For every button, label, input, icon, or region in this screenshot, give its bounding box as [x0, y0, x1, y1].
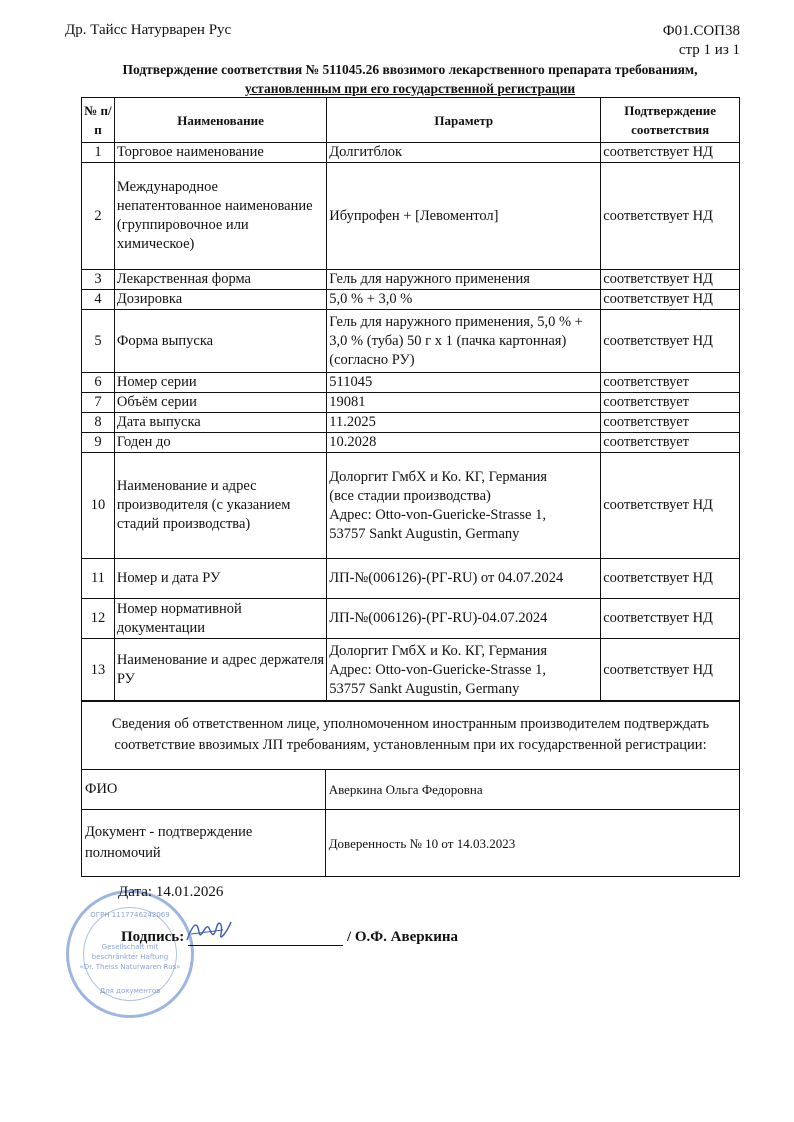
table-row: 6 Номер серии 511045 соответствует [82, 373, 740, 393]
row-name: Годен до [114, 433, 326, 453]
header-num: № п/п [82, 98, 115, 143]
signature-row: Подпись: / О.Ф. Аверкина [121, 929, 461, 946]
row-num: 12 [82, 599, 115, 639]
table-row: 8 Дата выпуска 11.2025 соответствует [82, 413, 740, 433]
responsible-info: Сведения об ответственном лице, уполномо… [82, 701, 740, 770]
row-name: Объём серии [114, 393, 326, 413]
row-num: 6 [82, 373, 115, 393]
header-confirm: Подтверждение соответствия [601, 98, 740, 143]
row-num: 7 [82, 393, 115, 413]
company-name: Др. Тайсс Натурварен Рус [65, 22, 231, 39]
row-confirm: соответствует НД [601, 310, 740, 373]
row-param: 511045 [327, 373, 601, 393]
row-name: Форма выпуска [114, 310, 326, 373]
row-name: Наименование и адрес производителя (с ук… [114, 453, 326, 559]
form-code-block: Ф01.СОП38 стр 1 из 1 [663, 22, 740, 60]
page-number: стр 1 из 1 [663, 41, 740, 60]
row-name: Наименование и адрес держателя РУ [114, 639, 326, 702]
row-confirm: соответствует НД [601, 559, 740, 599]
fio-value: Аверкина Ольга Федоровна [325, 770, 739, 810]
responsible-person-table: Сведения об ответственном лице, уполномо… [81, 700, 740, 877]
authority-doc-label: Документ - подтверждение полномочий [82, 810, 326, 877]
table-row: 1 Торговое наименование Долгитблок соотв… [82, 143, 740, 163]
title-line-2: установленным при его государственной ре… [60, 79, 760, 98]
table-row: 2 Международное непатентованное наименов… [82, 163, 740, 270]
row-num: 2 [82, 163, 115, 270]
row-param: 11.2025 [327, 413, 601, 433]
row-param: Долоргит ГмбХ и Ко. КГ, Германия Адрес: … [327, 639, 601, 702]
row-confirm: соответствует [601, 433, 740, 453]
table-row: 11 Номер и дата РУ ЛП-№(006126)-(РГ-RU) … [82, 559, 740, 599]
row-confirm: соответствует [601, 373, 740, 393]
row-num: 11 [82, 559, 115, 599]
handwritten-signature-icon [183, 914, 233, 948]
conformity-table: № п/п Наименование Параметр Подтверждени… [81, 97, 740, 702]
row-param: Гель для наружного применения, 5,0 % + 3… [327, 310, 601, 373]
form-code: Ф01.СОП38 [663, 22, 740, 41]
document-title: Подтверждение соответствия № 511045.26 в… [60, 60, 760, 98]
row-confirm: соответствует НД [601, 290, 740, 310]
table-row: 12 Номер нормативной документации ЛП-№(0… [82, 599, 740, 639]
fio-label: ФИО [82, 770, 326, 810]
row-confirm: соответствует НД [601, 599, 740, 639]
row-name: Номер нормативной документации [114, 599, 326, 639]
stamp-top-text: ОГРН 1117746242069 [69, 911, 191, 920]
table-header-row: № п/п Наименование Параметр Подтверждени… [82, 98, 740, 143]
table-row: 13 Наименование и адрес держателя РУ Дол… [82, 639, 740, 702]
stamp-line-3: «Dr. Theiss Naturwaren Rus» [69, 963, 191, 972]
param-line: Долоргит ГмбХ и Ко. КГ, Германия [329, 468, 598, 487]
table-row: 10 Наименование и адрес производителя (с… [82, 453, 740, 559]
param-line: 53757 Sankt Augustin, Germany [329, 525, 598, 544]
row-name: Торговое наименование [114, 143, 326, 163]
header-name: Наименование [114, 98, 326, 143]
row-confirm: соответствует НД [601, 639, 740, 702]
authority-doc-value: Доверенность № 10 от 14.03.2023 [325, 810, 739, 877]
stamp-bottom-text: Для документов [69, 987, 191, 996]
table-row: 9 Годен до 10.2028 соответствует [82, 433, 740, 453]
row-confirm: соответствует [601, 413, 740, 433]
signature-date: Дата: 14.01.2026 [118, 884, 223, 901]
row-name: Международное непатентованное наименован… [114, 163, 326, 270]
row-name: Номер серии [114, 373, 326, 393]
param-line: Долоргит ГмбХ и Ко. КГ, Германия [329, 642, 598, 661]
table-row: 4 Дозировка 5,0 % + 3,0 % соответствует … [82, 290, 740, 310]
title-line-1: Подтверждение соответствия № 511045.26 в… [60, 60, 760, 79]
row-num: 10 [82, 453, 115, 559]
row-confirm: соответствует [601, 393, 740, 413]
row-name: Дозировка [114, 290, 326, 310]
row-num: 4 [82, 290, 115, 310]
signer-name: / О.Ф. Аверкина [347, 929, 458, 945]
row-param: 10.2028 [327, 433, 601, 453]
row-param: 19081 [327, 393, 601, 413]
row-param: Долгитблок [327, 143, 601, 163]
row-num: 5 [82, 310, 115, 373]
row-param: 5,0 % + 3,0 % [327, 290, 601, 310]
row-confirm: соответствует НД [601, 143, 740, 163]
header-param: Параметр [327, 98, 601, 143]
table-row: 5 Форма выпуска Гель для наружного приме… [82, 310, 740, 373]
row-num: 13 [82, 639, 115, 702]
row-name: Лекарственная форма [114, 270, 326, 290]
param-line: Адрес: Otto-von-Guericke-Strasse 1, [329, 661, 598, 680]
row-param: ЛП-№(006126)-(РГ-RU)-04.07.2024 [327, 599, 601, 639]
param-line: Адрес: Otto-von-Guericke-Strasse 1, [329, 506, 598, 525]
row-name: Номер и дата РУ [114, 559, 326, 599]
row-param: Долоргит ГмбХ и Ко. КГ, Германия (все ст… [327, 453, 601, 559]
row-confirm: соответствует НД [601, 163, 740, 270]
param-line: (все стадии производства) [329, 487, 598, 506]
stamp-line-2: beschränkter Haftung [69, 953, 191, 962]
row-num: 8 [82, 413, 115, 433]
row-num: 1 [82, 143, 115, 163]
table-row: 7 Объём серии 19081 соответствует [82, 393, 740, 413]
row-confirm: соответствует НД [601, 453, 740, 559]
table-row: 3 Лекарственная форма Гель для наружного… [82, 270, 740, 290]
signature-label: Подпись: [121, 929, 184, 945]
param-line: 53757 Sankt Augustin, Germany [329, 680, 598, 699]
row-param: Гель для наружного применения [327, 270, 601, 290]
row-name: Дата выпуска [114, 413, 326, 433]
company-stamp: ОГРН 1117746242069 Gesellschaft mit besc… [66, 890, 194, 1018]
row-num: 3 [82, 270, 115, 290]
row-confirm: соответствует НД [601, 270, 740, 290]
row-param: Ибупрофен + [Левоментол] [327, 163, 601, 270]
row-param: ЛП-№(006126)-(РГ-RU) от 04.07.2024 [327, 559, 601, 599]
row-num: 9 [82, 433, 115, 453]
